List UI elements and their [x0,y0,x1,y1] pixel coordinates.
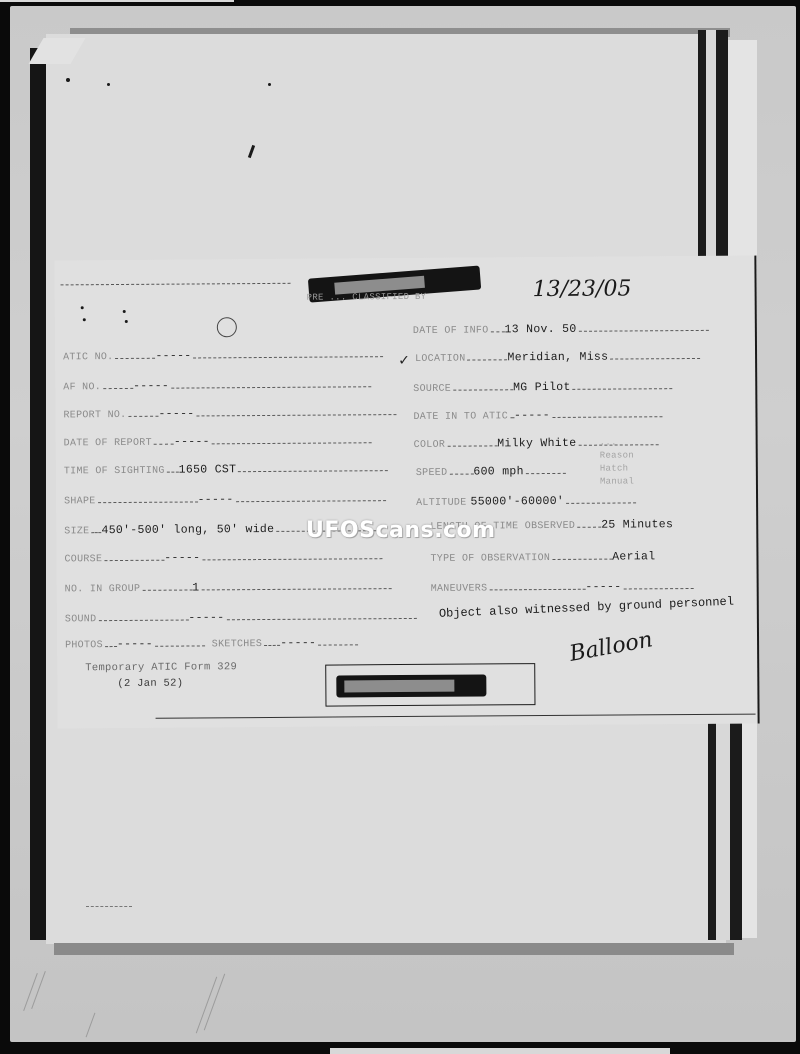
field-maneuvers: MANEUVERS----- [431,580,694,595]
field-date-of-info: DATE OF INFO13 Nov. 50 [413,322,709,337]
speck [125,320,128,323]
binder-bar-top-inner [706,30,716,256]
handwritten-reference: 13/23/05 [533,276,632,302]
field-shape: SHAPE----- [64,492,386,507]
ufo-report-card: PRE ... CLASSIFIED BY 13/23/05 ATIC NO.-… [54,256,759,729]
field-sketches-label: SKETCHES [212,639,262,650]
bottom-edge-strip [330,1048,670,1054]
punch-hole-icon [217,317,237,337]
field-date-of-report: DATE OF REPORT----- [64,434,372,449]
card-top-rule [61,283,291,286]
form-id-line1: Temporary ATIC Form 329 [85,661,237,674]
remarks-note: Object also witnessed by ground personne… [439,595,735,621]
speck [107,83,110,86]
classified-stamp-text: PRE ... CLASSIFIED BY [307,292,427,303]
checkmark-icon: ✓ [399,350,409,370]
field-speed: SPEED600 mph [416,465,566,479]
field-date-in-to-atic: DATE IN TO ATIC----- [413,408,662,423]
field-source: SOURCEMG Pilot [413,380,673,395]
field-report-no: REPORT NO.----- [63,406,396,421]
binder-bar-bottom-inner [716,708,730,940]
speck [66,78,70,82]
mount-shadow-bottom [54,943,734,955]
handwritten-conclusion: Balloon [568,627,655,667]
top-edge-strip [0,0,234,2]
redaction-stamp [336,674,486,697]
field-af-no: AF NO.----- [63,378,371,393]
field-altitude: ALTITUDE55000'-60000' [416,494,636,509]
card-bottom-rule [156,714,756,719]
field-time-of-sighting: TIME OF SIGHTING1650 CST [64,462,389,477]
field-type-of-observation: TYPE OF OBSERVATIONAerial [430,550,655,565]
watermark: UFOScans.com [306,518,496,543]
faint-mark [86,906,132,907]
form-id-line2: (2 Jan 52) [117,678,183,690]
faint-overprint: ... Reason Hatch Manual [600,436,635,488]
field-course: COURSE----- [64,550,382,565]
field-sound: SOUND----- [65,610,417,625]
field-photos: PHOTOS----- SKETCHES----- [65,636,358,651]
field-no-in-group: NO. IN GROUP1 [65,580,392,595]
speck [268,83,271,86]
speck [123,310,126,313]
speck [83,318,86,321]
stamp-box [325,663,535,706]
field-atic-no: ATIC NO.----- [63,348,384,363]
speck [81,306,84,309]
field-location: LOCATIONMeridian, Miss [415,350,700,365]
